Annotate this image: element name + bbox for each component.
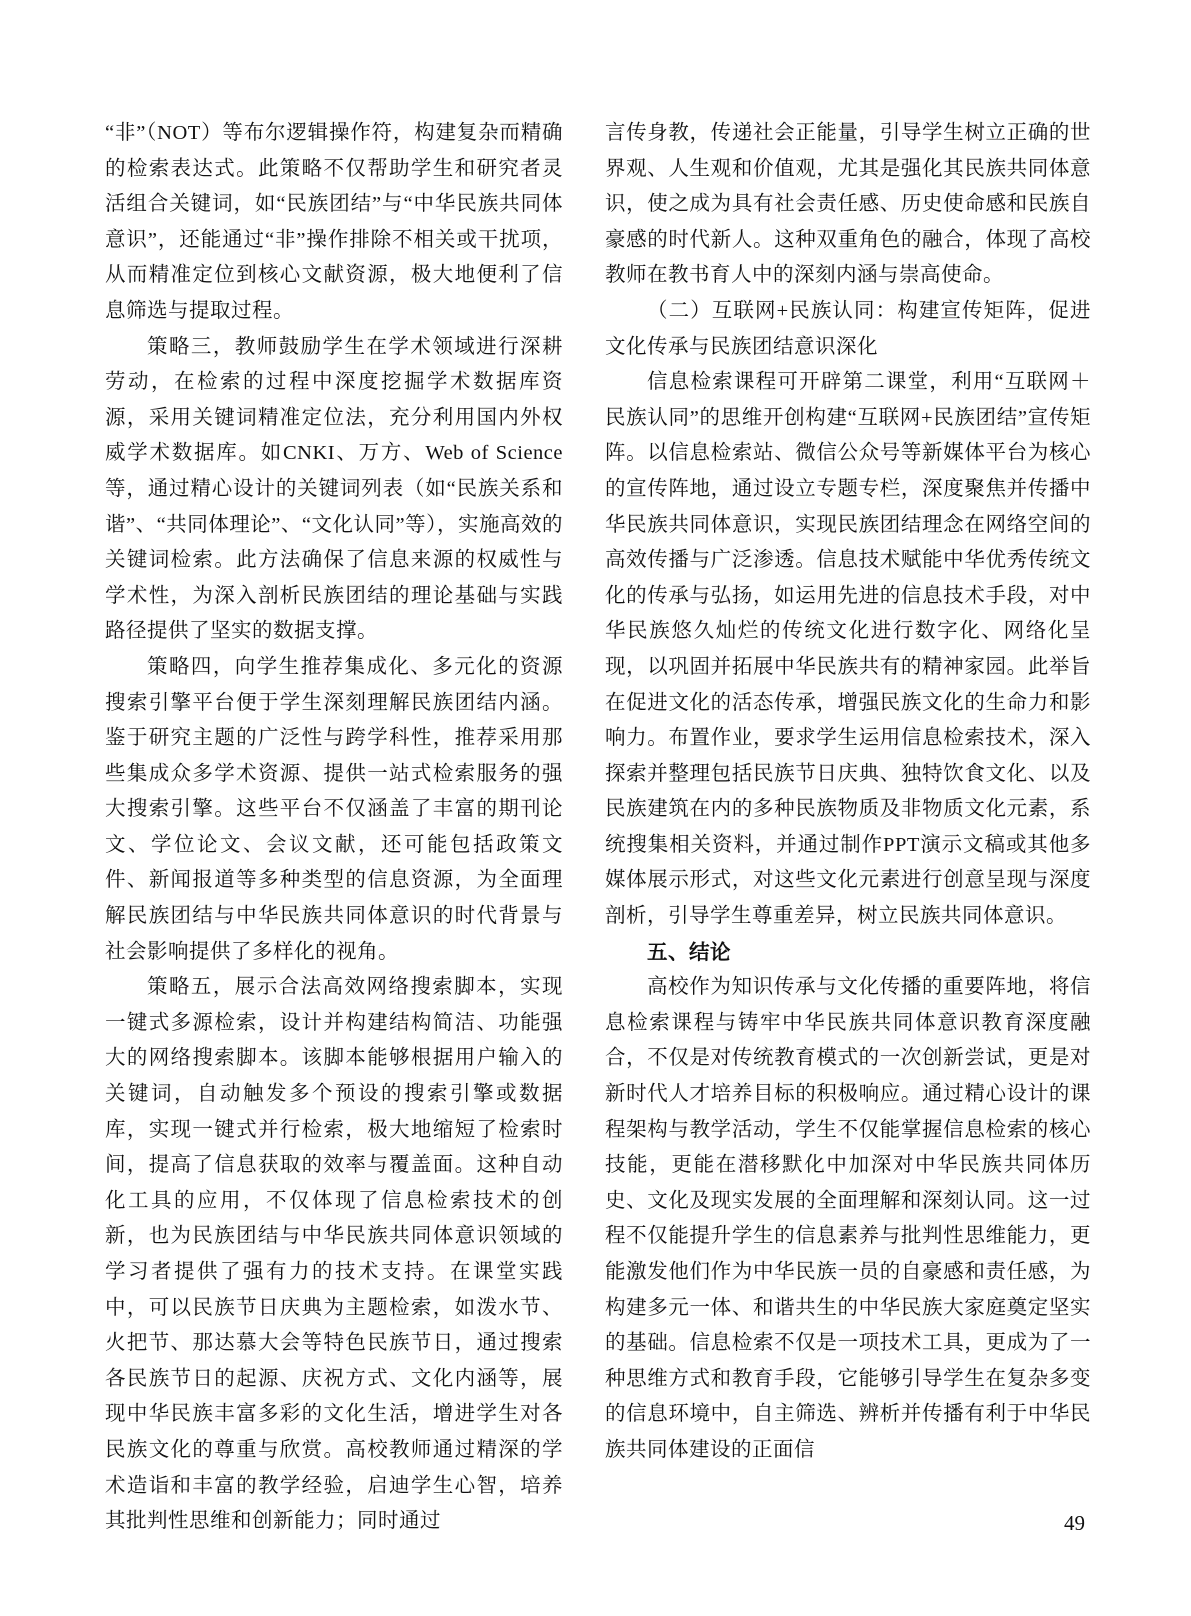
left-column: “非”（NOT）等布尔逻辑操作符，构建复杂而精确的检索表达式。此策略不仅帮助学生… (105, 116, 563, 1540)
paper-page: “非”（NOT）等布尔逻辑操作符，构建复杂而精确的检索表达式。此策略不仅帮助学生… (0, 0, 1191, 1616)
paragraph-second-classroom: 信息检索课程可开辟第二课堂，利用“互联网＋民族认同”的思维开创构建“互联网+民族… (605, 365, 1091, 935)
paragraph-continuation: “非”（NOT）等布尔逻辑操作符，构建复杂而精确的检索表达式。此策略不仅帮助学生… (105, 116, 563, 330)
paragraph-strategy-three: 策略三，教师鼓励学生在学术领域进行深耕劳动，在检索的过程中深度挖掘学术数据库资源… (105, 330, 563, 650)
right-column: 言传身教，传递社会正能量，引导学生树立正确的世界观、人生观和价值观，尤其是强化其… (605, 116, 1091, 1540)
subheading-internet-ethnic-identity: （二）互联网+民族认同：构建宣传矩阵，促进文化传承与民族团结意识深化 (605, 294, 1091, 365)
paragraph-strategy-four: 策略四，向学生推荐集成化、多元化的资源搜索引擎平台便于学生深刻理解民族团结内涵。… (105, 650, 563, 970)
page-number: 49 (1064, 1511, 1085, 1536)
paragraph-continuation: 言传身教，传递社会正能量，引导学生树立正确的世界观、人生观和价值观，尤其是强化其… (605, 116, 1091, 294)
paragraph-conclusion: 高校作为知识传承与文化传播的重要阵地，将信息检索课程与铸牢中华民族共同体意识教育… (605, 970, 1091, 1468)
two-column-layout: “非”（NOT）等布尔逻辑操作符，构建复杂而精确的检索表达式。此策略不仅帮助学生… (105, 116, 1091, 1540)
section-heading-conclusion: 五、结论 (605, 935, 1091, 971)
paragraph-strategy-five: 策略五，展示合法高效网络搜索脚本，实现一键式多源检索，设计并构建结构简洁、功能强… (105, 970, 563, 1540)
